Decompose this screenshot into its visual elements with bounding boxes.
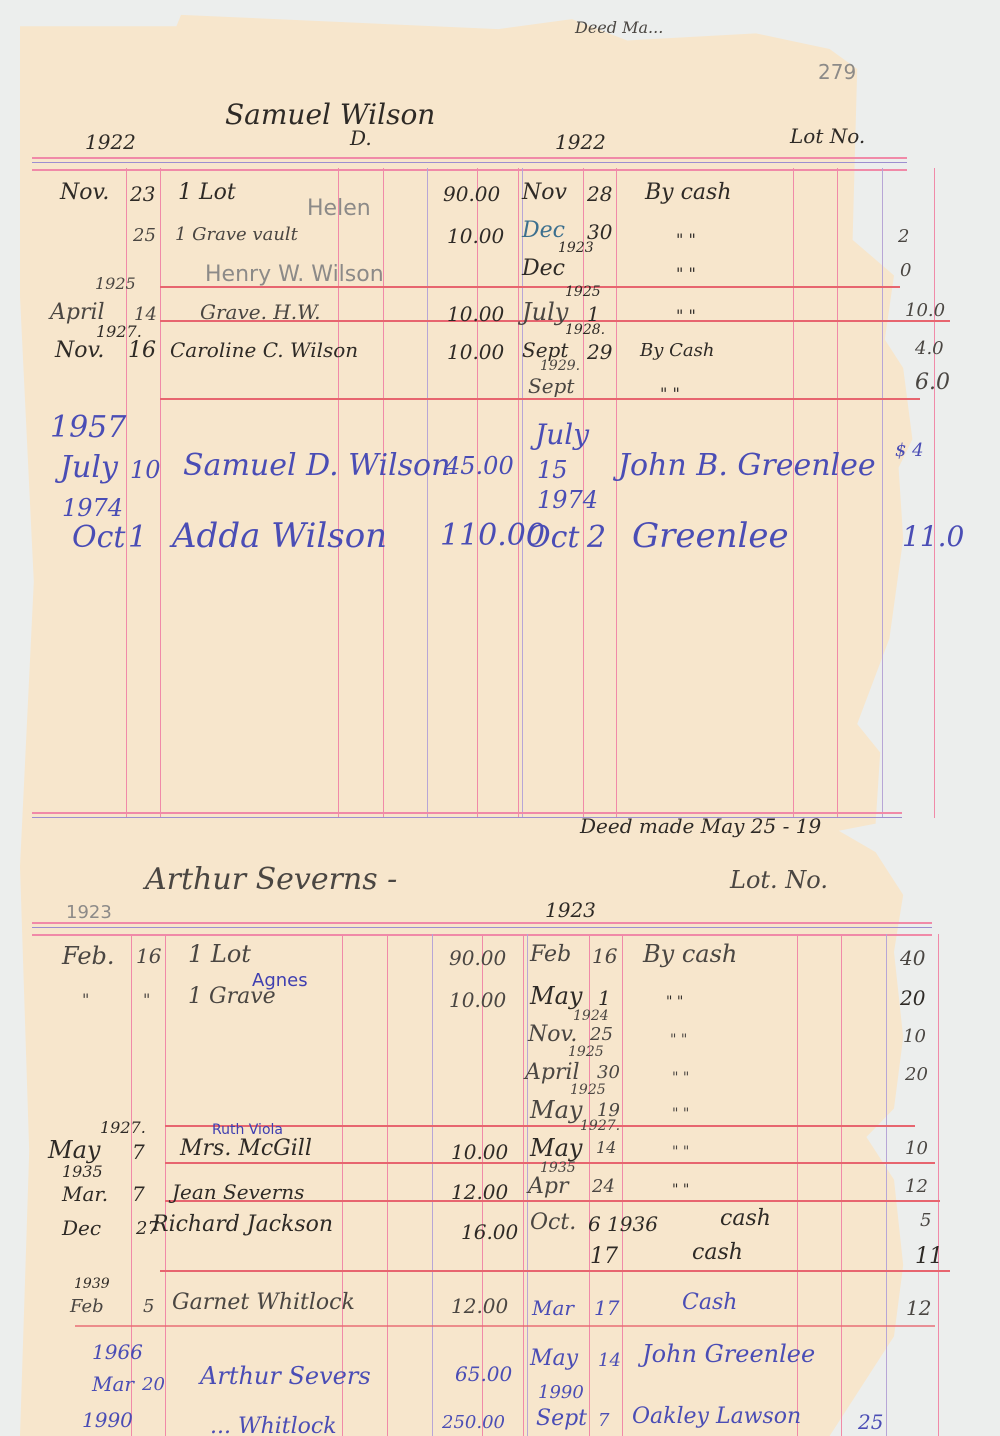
debit-month: Mar.: [62, 1182, 108, 1206]
debit-month: Nov.: [55, 338, 104, 363]
credit-day: 24: [592, 1176, 615, 1197]
credit-description: John Greenlee: [642, 1340, 815, 1368]
credit-description: " ": [676, 264, 696, 283]
credit-description: By cash: [645, 180, 732, 205]
debit-amount: 12.00: [451, 1180, 508, 1204]
debit-year: 1939: [74, 1276, 110, 1292]
debit-amount: 90.00: [449, 946, 506, 970]
debit-month: ": [82, 990, 89, 1009]
rule: [793, 168, 794, 818]
credit-year: 1927.: [580, 1118, 620, 1134]
credit-month: Oct: [526, 520, 579, 555]
credit-month: Nov: [522, 180, 567, 205]
credit-amount: 2: [898, 226, 909, 247]
debit-year: 1927.: [100, 1118, 146, 1137]
credit-day: 15: [537, 456, 568, 484]
credit-year: 1929.: [540, 358, 580, 374]
debit-day: 23: [130, 182, 155, 206]
credit-description: Cash: [682, 1290, 737, 1315]
credit-year: 1924: [573, 1008, 609, 1024]
rule: [841, 934, 842, 1436]
credit-amount: 10.0: [905, 300, 945, 321]
debit-day: 10: [130, 456, 161, 484]
debit-amount: 10.00: [447, 302, 504, 326]
credit-day: 30: [597, 1062, 620, 1083]
debit-amount: 16.00: [461, 1220, 518, 1244]
rule: [342, 934, 343, 1436]
credit-month: Apr: [528, 1174, 569, 1199]
debit-amount: 10.00: [449, 988, 506, 1012]
account-name: Samuel Wilson: [225, 98, 435, 131]
debit-month: Feb: [70, 1296, 104, 1317]
credit-year: 1925: [565, 284, 601, 300]
debit-day: ": [143, 990, 150, 1009]
debit-day: 7: [132, 1140, 145, 1164]
credit-month: Dec: [522, 256, 565, 281]
credit-day: 2: [587, 520, 606, 555]
rule: [387, 934, 388, 1436]
credit-month: May: [530, 1096, 582, 1124]
credit-description: " ": [660, 384, 680, 403]
row-rule: [160, 1270, 950, 1272]
credit-description: " ": [672, 1144, 689, 1160]
debit-amount: 250.00: [442, 1412, 505, 1433]
debit-day: 5: [143, 1296, 154, 1317]
debit-day: 7: [132, 1182, 145, 1206]
credit-amount: 10: [905, 1138, 928, 1159]
credit-amount: 12: [906, 1296, 931, 1320]
credit-description: By cash: [643, 940, 737, 968]
debit-description: ... Whitlock: [210, 1414, 337, 1436]
debit-description: 1 Grave vault: [175, 224, 298, 245]
credit-year: 1923: [558, 240, 594, 256]
debit-month: Feb.: [62, 942, 115, 970]
credit-amount: 11.0: [902, 520, 964, 553]
credit-description: " ": [670, 1032, 687, 1048]
credit-month: Sept: [536, 1406, 587, 1431]
debit-month: July: [60, 450, 118, 485]
credit-amount: $ 4: [895, 440, 924, 461]
credit-day: 17: [590, 1244, 618, 1269]
credit-year: 1922: [555, 130, 606, 154]
credit-amount: 6.0: [915, 370, 950, 395]
debit-amount: 10.00: [451, 1140, 508, 1164]
rule: [938, 934, 939, 1436]
credit-year: 1974: [537, 486, 598, 514]
debit-month: Oct: [72, 520, 125, 555]
debit-day: 25: [133, 225, 156, 246]
credit-year: 1925: [568, 1044, 604, 1060]
credit-year: 1928.: [565, 322, 605, 338]
credit-description: " ": [672, 1182, 689, 1198]
rule: [518, 168, 519, 818]
row-rule: [160, 398, 920, 400]
credit-amount: 5: [920, 1210, 931, 1231]
top-note: Deed Ma...: [575, 18, 663, 37]
credit-amount: 20: [900, 986, 925, 1010]
credit-day: 16: [592, 944, 617, 968]
debit-amount: 45.00: [445, 452, 514, 480]
credit-day: 25: [590, 1024, 613, 1045]
credit-description: cash: [692, 1240, 743, 1265]
debit-description: Grave. H.W.: [200, 300, 321, 324]
rule: [622, 934, 623, 1436]
debit-month: Mar: [92, 1372, 134, 1396]
debit-description: Jean Severns: [172, 1180, 304, 1204]
debit-year: 1923: [66, 902, 112, 923]
row-rule: [75, 1325, 935, 1327]
debit-amount: 10.00: [447, 340, 504, 364]
credit-day: 7: [598, 1410, 609, 1431]
debit-year: 1935: [62, 1162, 103, 1181]
credit-day: 6 1936: [588, 1212, 658, 1236]
debit-day: 1: [128, 520, 147, 555]
credit-month: July: [535, 418, 589, 451]
credit-amount: 10: [903, 1026, 926, 1047]
debit-year: 1957: [50, 410, 126, 445]
rule: [477, 168, 478, 818]
debit-description: Adda Wilson: [172, 516, 387, 556]
credit-month: May: [530, 982, 582, 1010]
credit-description: " ": [676, 306, 696, 325]
credit-description: Oakley Lawson: [632, 1404, 801, 1429]
debit-description: 1 Lot: [178, 180, 236, 205]
debit-year: 1925: [95, 274, 136, 293]
debit-day: 16: [136, 944, 161, 968]
header-rule-account1: [32, 157, 907, 171]
debit-month: May: [48, 1136, 100, 1164]
rule: [886, 934, 887, 1436]
debit-year: 1922: [85, 130, 136, 154]
credit-year: 1923: [545, 898, 596, 922]
credit-day: 14: [598, 1350, 621, 1371]
debit-amount: 10.00: [447, 224, 504, 248]
debit-day: 20: [142, 1374, 165, 1395]
account-name: Arthur Severns -: [145, 862, 397, 897]
debit-description: 1 Grave: [188, 984, 276, 1009]
annotation: Helen: [307, 196, 371, 221]
credit-day: 14: [596, 1138, 616, 1157]
credit-month: May: [530, 1346, 578, 1371]
credit-month: Feb: [530, 942, 571, 967]
rule: [427, 168, 428, 818]
debit-amount: 90.00: [443, 182, 500, 206]
credit-amount: 0: [900, 260, 911, 281]
credit-description: Greenlee: [632, 516, 789, 556]
debit-description: Arthur Severs: [200, 1362, 371, 1390]
credit-description: cash: [720, 1206, 771, 1231]
debit-year: 1990: [82, 1408, 133, 1432]
credit-month: Oct.: [530, 1210, 576, 1235]
rule: [882, 168, 883, 818]
rule: [837, 168, 838, 818]
credit-description: John B. Greenlee: [618, 448, 876, 483]
debit-amount: 12.00: [451, 1294, 508, 1318]
debit-amount: 65.00: [455, 1362, 512, 1386]
deed-note: Deed made May 25 - 19: [580, 814, 821, 838]
credit-day: 29: [587, 340, 612, 364]
debit-description: Samuel D. Wilson: [183, 448, 450, 483]
credit-description: " ": [672, 1106, 689, 1122]
debit-description: Mrs. McGill: [180, 1136, 312, 1161]
rule: [160, 168, 161, 818]
annotation: Henry W. Wilson: [205, 262, 384, 287]
debit-year: 1966: [92, 1340, 143, 1364]
credit-day: 28: [587, 182, 612, 206]
credit-amount: 20: [905, 1064, 928, 1085]
credit-year: 1990: [538, 1382, 584, 1403]
credit-description: " ": [676, 230, 696, 249]
lot-label: Lot No.: [790, 124, 865, 148]
credit-month: May: [530, 1134, 582, 1162]
lot-label: Lot. No.: [730, 866, 828, 894]
credit-month: Mar: [532, 1296, 574, 1320]
credit-month: July: [522, 298, 568, 326]
credit-amount: 40: [900, 946, 925, 970]
debit-day: 16: [128, 338, 156, 363]
debit-month: Nov.: [60, 180, 109, 205]
credit-description: By Cash: [640, 340, 714, 361]
rule: [432, 934, 433, 1436]
credit-day: 1: [598, 986, 611, 1010]
rule: [616, 168, 617, 818]
credit-amount: 12: [905, 1176, 928, 1197]
credit-amount: 4.0: [915, 338, 944, 359]
credit-amount: 25: [858, 1410, 883, 1434]
credit-description: " ": [666, 994, 683, 1010]
credit-description: " ": [672, 1070, 689, 1086]
debit-marker: D.: [350, 126, 372, 150]
rule: [523, 934, 524, 1436]
debit-description: Caroline C. Wilson: [170, 338, 358, 362]
debit-description: Richard Jackson: [152, 1212, 333, 1237]
rule: [934, 168, 935, 818]
debit-description: Garnet Whitlock: [172, 1290, 355, 1315]
rule: [126, 168, 127, 818]
debit-month: Dec: [62, 1216, 101, 1240]
rule: [165, 934, 166, 1436]
credit-day: 17: [594, 1296, 619, 1320]
debit-year: 1974: [62, 494, 123, 522]
credit-month: Sept: [528, 374, 574, 398]
credit-amount: 11: [915, 1244, 943, 1269]
debit-description: 1 Lot: [188, 940, 251, 968]
page-number: 279: [818, 60, 856, 84]
